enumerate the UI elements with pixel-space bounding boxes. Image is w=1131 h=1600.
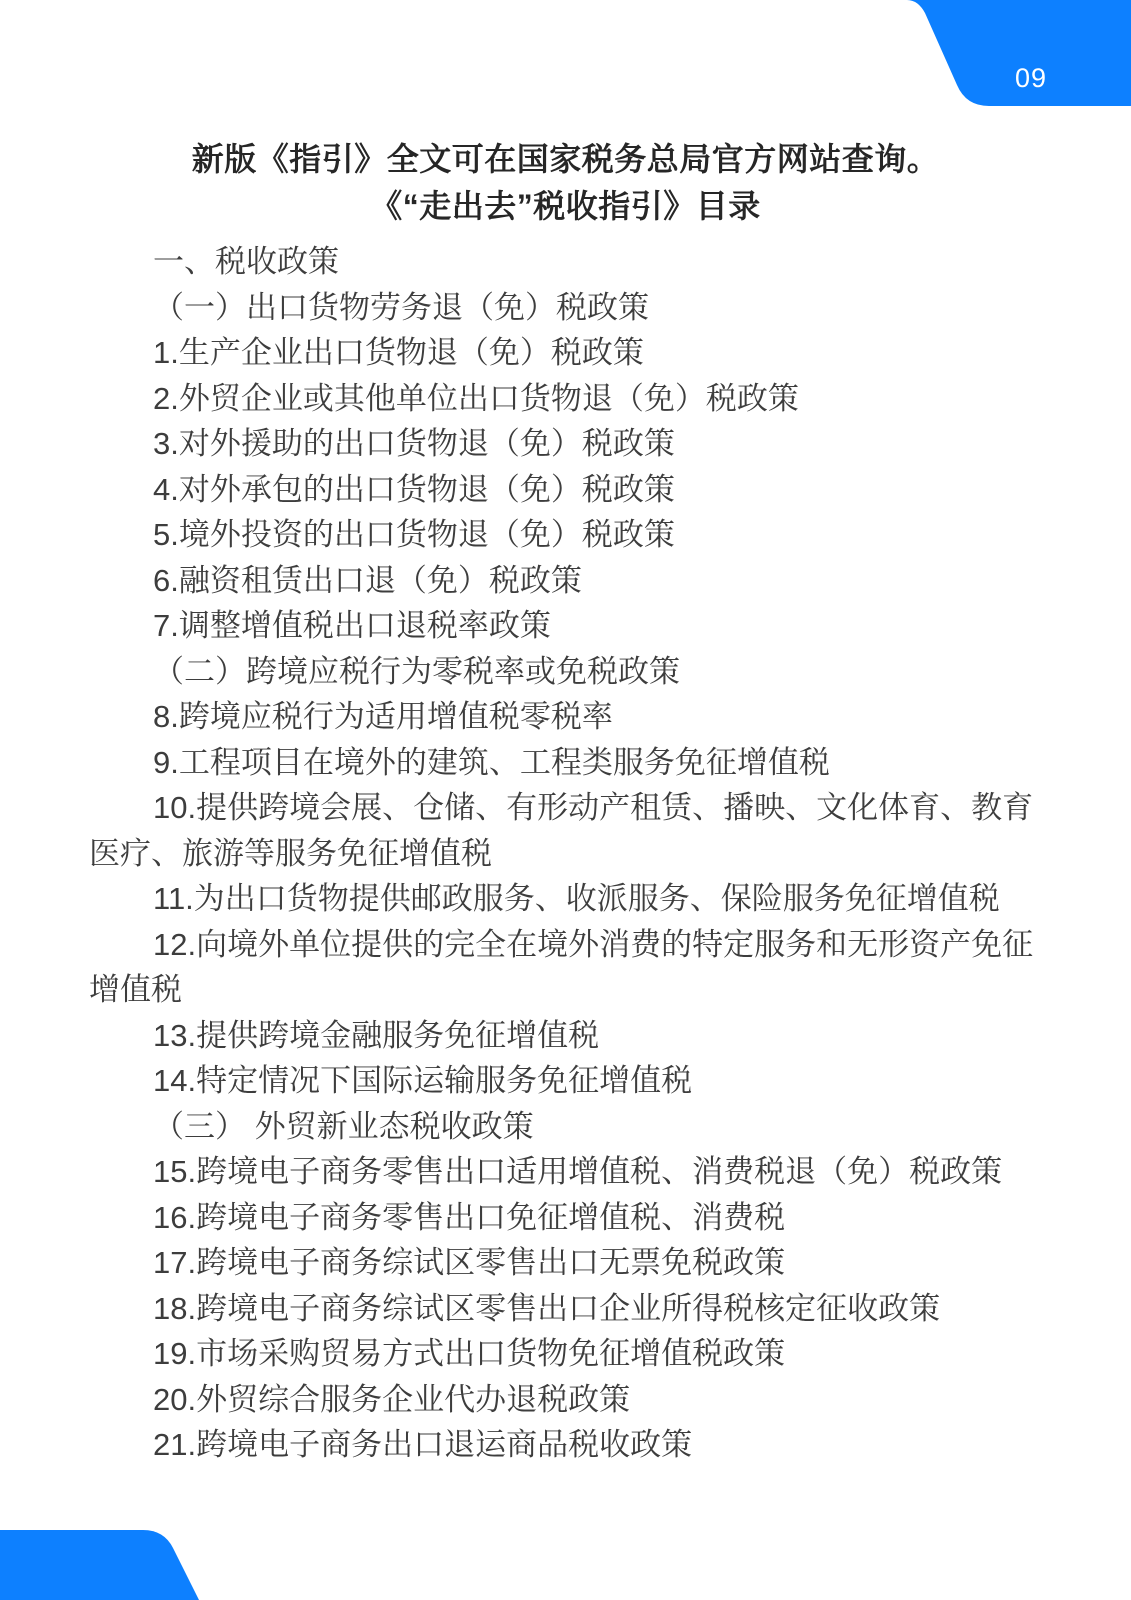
toc-title: 《“走出去”税收指引》目录: [0, 183, 1131, 230]
toc-item: 21.跨境电子商务出口退运商品税收政策: [89, 1422, 1047, 1468]
page-content: 新版《指引》全文可在国家税务总局官方网站查询。 《“走出去”税收指引》目录 一、…: [0, 136, 1131, 1468]
toc-item: 17.跨境电子商务综试区零售出口无票免税政策: [89, 1240, 1047, 1286]
toc-item: （三） 外贸新业态税收政策: [89, 1104, 1047, 1150]
toc-item: （二）跨境应税行为零税率或免税政策: [89, 649, 1047, 695]
toc-item: 6.融资租赁出口退（免）税政策: [89, 558, 1047, 604]
corner-decoration-top-right: [891, 0, 1131, 110]
toc-list: 一、税收政策（一）出口货物劳务退（免）税政策1.生产企业出口货物退（免）税政策2…: [0, 239, 1131, 1468]
toc-item: 14.特定情况下国际运输服务免征增值税: [89, 1058, 1047, 1104]
toc-item: 1.生产企业出口货物退（免）税政策: [89, 330, 1047, 376]
toc-item: 16.跨境电子商务零售出口免征增值税、消费税: [89, 1195, 1047, 1241]
toc-item: 3.对外援助的出口货物退（免）税政策: [89, 421, 1047, 467]
toc-item: 15.跨境电子商务零售出口适用增值税、消费税退（免）税政策: [89, 1149, 1047, 1195]
toc-item: 5.境外投资的出口货物退（免）税政策: [89, 512, 1047, 558]
toc-item: 12.向境外单位提供的完全在境外消费的特定服务和无形资产免征增值税: [89, 922, 1047, 1013]
corner-decoration-bottom-left: [0, 1530, 220, 1600]
toc-item: 18.跨境电子商务综试区零售出口企业所得税核定征收政策: [89, 1286, 1047, 1332]
toc-item: 4.对外承包的出口货物退（免）税政策: [89, 467, 1047, 513]
toc-item: （一）出口货物劳务退（免）税政策: [89, 285, 1047, 331]
toc-item: 2.外贸企业或其他单位出口货物退（免）税政策: [89, 376, 1047, 422]
toc-item: 7.调整增值税出口退税率政策: [89, 603, 1047, 649]
toc-item: 9.工程项目在境外的建筑、工程类服务免征增值税: [89, 740, 1047, 786]
document-page: 09 新版《指引》全文可在国家税务总局官方网站查询。 《“走出去”税收指引》目录…: [0, 0, 1131, 1600]
toc-item: 19.市场采购贸易方式出口货物免征增值税政策: [89, 1331, 1047, 1377]
toc-item: 一、税收政策: [89, 239, 1047, 285]
document-title: 新版《指引》全文可在国家税务总局官方网站查询。: [0, 136, 1131, 183]
toc-item: 8.跨境应税行为适用增值税零税率: [89, 694, 1047, 740]
page-number: 09: [1015, 63, 1047, 93]
toc-item: 13.提供跨境金融服务免征增值税: [89, 1013, 1047, 1059]
toc-item: 11.为出口货物提供邮政服务、收派服务、保险服务免征增值税: [89, 876, 1047, 922]
toc-item: 20.外贸综合服务企业代办退税政策: [89, 1377, 1047, 1423]
toc-item: 10.提供跨境会展、仓储、有形动产租赁、播映、文化体育、教育医疗、旅游等服务免征…: [89, 785, 1047, 876]
